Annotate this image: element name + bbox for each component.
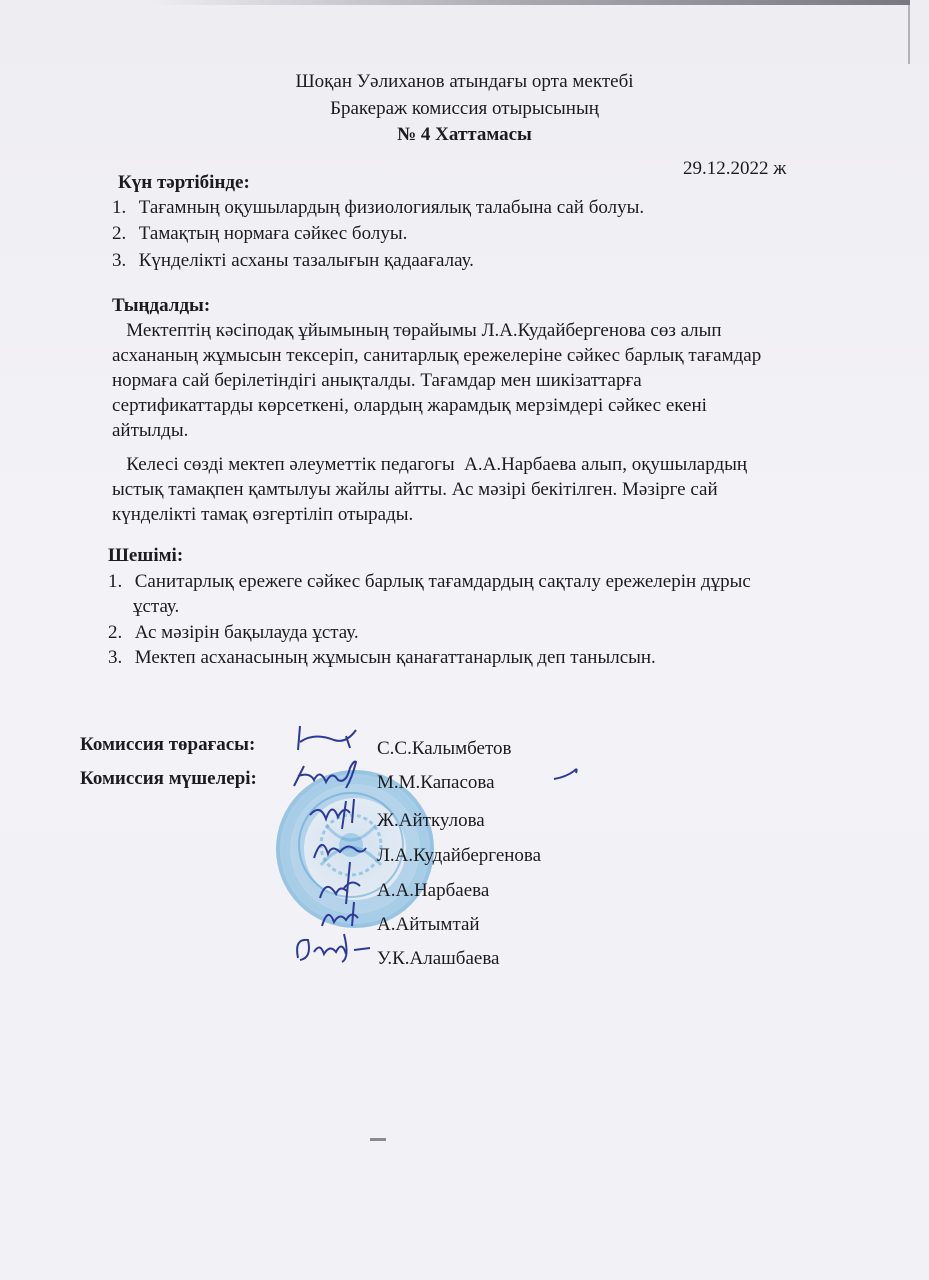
school-name: Шоқан Уәлиханов атындағы орта мектебі xyxy=(0,71,929,93)
heard-line: сертификаттарды көрсеткені, олардың жара… xyxy=(112,395,707,417)
agenda-item-number: 3. xyxy=(112,250,134,272)
decision-item-continuation: ұстау. xyxy=(133,596,179,618)
decision-item-text: Ас мәзірін бақылауда ұстау. xyxy=(135,622,359,643)
member-signature-icon xyxy=(318,898,368,930)
agenda-item-text: Тағамның оқушылардың физиологиялық талаб… xyxy=(139,197,644,218)
member-name: А.Айтымтай xyxy=(377,914,480,936)
heard-line: ыстық тамақпен қамтылуы жайлы айтты. Ас … xyxy=(112,479,718,501)
member-name: Ж.Айткулова xyxy=(377,810,485,832)
agenda-item: 2. Тамақтың нормаға сәйкес болуы. xyxy=(112,223,407,245)
member-signature-mark-icon xyxy=(552,765,582,783)
decision-item-number: 1. xyxy=(108,571,130,593)
heard-line: Мектептің кәсіподақ ұйымының төрайымы Л.… xyxy=(112,320,722,342)
member-signature-icon xyxy=(290,758,370,794)
decision-item-text: Мектеп асханасының жұмысын қанағаттанарл… xyxy=(135,647,656,668)
decision-item: 1. Санитарлық ережеге сәйкес барлық таға… xyxy=(108,571,751,593)
decision-item-number: 2. xyxy=(108,622,130,644)
heard-line: нормаға сай берілетіндігі анықталды. Тағ… xyxy=(112,370,642,392)
member-signature-icon xyxy=(306,795,366,835)
heard-line: күнделікті тамақ өзгертіліп отырады. xyxy=(112,504,413,526)
agenda-item-text: Күнделікті асханы тазалығын қадаағалау. xyxy=(139,250,474,271)
heard-line: айтылды. xyxy=(112,420,188,442)
agenda-title: Күн тәртібінде: xyxy=(118,172,250,194)
paper-top-edge xyxy=(150,0,910,5)
heard-title: Тыңдалды: xyxy=(112,295,210,317)
decision-item-text: Санитарлық ережеге сәйкес барлық тағамда… xyxy=(135,571,751,592)
member-name: А.А.Нарбаева xyxy=(377,880,489,902)
heard-line: асхананың жұмысын тексеріп, санитарлық е… xyxy=(112,345,761,367)
decision-item-number: 3. xyxy=(108,647,130,669)
agenda-item-number: 2. xyxy=(112,223,134,245)
agenda-item-text: Тамақтың нормаға сәйкес болуы. xyxy=(139,223,408,244)
paper-right-edge xyxy=(908,4,910,64)
protocol-title: № 4 Хаттамасы xyxy=(0,124,929,146)
protocol-date: 29.12.2022 ж xyxy=(683,158,786,180)
member-name: М.М.Капасова xyxy=(377,772,495,794)
members-label: Комиссия мүшелері: xyxy=(80,768,257,790)
scanned-page: Шоқан Уәлиханов атындағы орта мектебі Бр… xyxy=(0,0,929,1280)
member-signature-icon xyxy=(290,928,380,968)
member-name: Л.А.Кудайбергенова xyxy=(377,845,541,867)
chair-signature-icon xyxy=(294,722,364,754)
chair-name: С.С.Калымбетов xyxy=(377,738,512,760)
agenda-item: 3. Күнделікті асханы тазалығын қадаағала… xyxy=(112,250,474,272)
commission-title: Бракераж комиссия отырысының xyxy=(0,98,929,120)
decision-item: 2. Ас мәзірін бақылауда ұстау. xyxy=(108,622,359,644)
heard-line: Келесі сөзді мектеп әлеуметтік педагогы … xyxy=(112,454,747,476)
member-name: У.К.Алашбаева xyxy=(377,948,499,970)
agenda-item: 1. Тағамның оқушылардың физиологиялық та… xyxy=(112,197,644,219)
decision-item: 3. Мектеп асханасының жұмысын қанағаттан… xyxy=(108,647,656,669)
agenda-item-number: 1. xyxy=(112,197,134,219)
scan-artifact-mark xyxy=(370,1138,386,1141)
decision-title: Шешімі: xyxy=(108,545,183,567)
chair-label: Комиссия төрағасы: xyxy=(80,734,255,756)
